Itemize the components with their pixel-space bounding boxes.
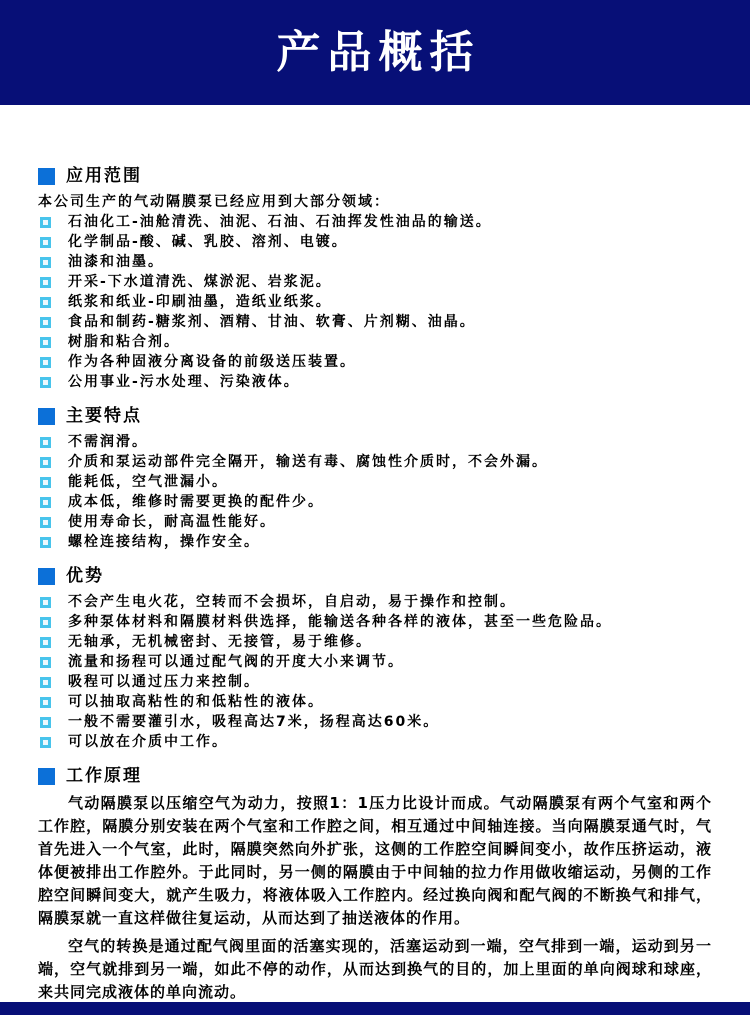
item-bullet-icon [40,377,51,388]
item-bullet-icon [40,317,51,328]
bullet-list: 不会产生电火花，空转而不会损坏，自启动，易于操作和控制。多种泵体材料和隔膜材料供… [38,592,712,752]
section-title: 工作原理 [66,768,142,785]
item-bullet-icon [40,297,51,308]
list-item-text: 油漆和油墨。 [68,254,164,270]
list-item-text: 化学制品-酸、碱、乳胶、溶剂、电镀。 [68,234,348,250]
list-item: 可以放在介质中工作。 [38,732,712,752]
section-heading: 工作原理 [38,765,712,787]
item-bullet-icon [40,697,51,708]
list-item-text: 使用寿命长，耐高温性能好。 [68,514,276,530]
list-item-text: 吸程可以通过压力来控制。 [68,674,260,690]
item-bullet-icon [40,477,51,488]
list-item-text: 螺栓连接结构，操作安全。 [68,534,260,550]
list-item: 公用事业-污水处理、污染液体。 [38,372,712,392]
section-intro: 本公司生产的气动隔膜泵已经应用到大部分领域： [38,192,712,212]
section-heading: 优势 [38,565,712,587]
item-bullet-icon [40,517,51,528]
list-item-text: 可以放在介质中工作。 [68,734,228,750]
section-bullet-icon [38,408,55,425]
section-advantages: 优势不会产生电火花，空转而不会损坏，自启动，易于操作和控制。多种泵体材料和隔膜材… [38,565,712,752]
section-application-scope: 应用范围本公司生产的气动隔膜泵已经应用到大部分领域：石油化工-油舱清洗、油泥、石… [38,165,712,392]
list-item: 化学制品-酸、碱、乳胶、溶剂、电镀。 [38,232,712,252]
section-heading: 应用范围 [38,165,712,187]
list-item-text: 多种泵体材料和隔膜材料供选择，能输送各种各样的液体，甚至一些危险品。 [68,614,612,630]
list-item-text: 作为各种固液分离设备的前级送压装置。 [68,354,356,370]
list-item: 多种泵体材料和隔膜材料供选择，能输送各种各样的液体，甚至一些危险品。 [38,612,712,632]
item-bullet-icon [40,717,51,728]
list-item: 能耗低，空气泄漏小。 [38,472,712,492]
list-item: 一般不需要灌引水，吸程高达7米，扬程高达60米。 [38,712,712,732]
item-bullet-icon [40,737,51,748]
list-item: 流量和扬程可以通过配气阀的开度大小来调节。 [38,652,712,672]
page-header-banner: 产品概括 [0,0,750,105]
item-bullet-icon [40,257,51,268]
section-heading: 主要特点 [38,405,712,427]
item-bullet-icon [40,437,51,448]
list-item-text: 食品和制药-糖浆剂、酒精、甘油、软膏、片剂糊、油晶。 [68,314,476,330]
section-bullet-icon [38,568,55,585]
item-bullet-icon [40,497,51,508]
bullet-list: 不需润滑。介质和泵运动部件完全隔开，输送有毒、腐蚀性介质时，不会外漏。能耗低，空… [38,432,712,552]
list-item: 不需润滑。 [38,432,712,452]
list-item-text: 石油化工-油舱清洗、油泥、石油、石油挥发性油品的输送。 [68,214,492,230]
list-item-text: 流量和扬程可以通过配气阀的开度大小来调节。 [68,654,404,670]
section-title: 应用范围 [66,168,142,185]
list-item: 石油化工-油舱清洗、油泥、石油、石油挥发性油品的输送。 [38,212,712,232]
list-item: 油漆和油墨。 [38,252,712,272]
item-bullet-icon [40,237,51,248]
section-title: 优势 [66,568,104,585]
item-bullet-icon [40,277,51,288]
product-overview-page: 产品概括 应用范围本公司生产的气动隔膜泵已经应用到大部分领域：石油化工-油舱清洗… [0,0,750,1015]
principle-paragraph: 空气的转换是通过配气阀里面的活塞实现的，活塞运动到一端，空气排到一端，运动到另一… [38,935,712,1004]
list-item-text: 可以抽取高粘性的和低粘性的液体。 [68,694,324,710]
item-bullet-icon [40,357,51,368]
list-item: 介质和泵运动部件完全隔开，输送有毒、腐蚀性介质时，不会外漏。 [38,452,712,472]
list-item: 食品和制药-糖浆剂、酒精、甘油、软膏、片剂糊、油晶。 [38,312,712,332]
list-item-text: 不需润滑。 [68,434,148,450]
list-item-text: 公用事业-污水处理、污染液体。 [68,374,300,390]
list-item-text: 纸浆和纸业-印刷油墨，造纸业纸浆。 [68,294,332,310]
list-item: 无轴承，无机械密封、无接管，易于维修。 [38,632,712,652]
section-working-principle: 工作原理气动隔膜泵以压缩空气为动力，按照1：1压力比设计而成。气动隔膜泵有两个气… [38,765,712,1004]
item-bullet-icon [40,677,51,688]
list-item-text: 成本低，维修时需要更换的配件少。 [68,494,324,510]
item-bullet-icon [40,337,51,348]
list-item: 成本低，维修时需要更换的配件少。 [38,492,712,512]
list-item: 吸程可以通过压力来控制。 [38,672,712,692]
section-bullet-icon [38,768,55,785]
principle-paragraph: 气动隔膜泵以压缩空气为动力，按照1：1压力比设计而成。气动隔膜泵有两个气室和两个… [38,792,712,930]
list-item-text: 树脂和粘合剂。 [68,334,180,350]
section-main-features: 主要特点不需润滑。介质和泵运动部件完全隔开，输送有毒、腐蚀性介质时，不会外漏。能… [38,405,712,552]
list-item: 使用寿命长，耐高温性能好。 [38,512,712,532]
item-bullet-icon [40,637,51,648]
footer-bar [0,1002,750,1015]
list-item: 可以抽取高粘性的和低粘性的液体。 [38,692,712,712]
list-item: 开采-下水道清洗、煤淤泥、岩浆泥。 [38,272,712,292]
list-item-text: 无轴承，无机械密封、无接管，易于维修。 [68,634,372,650]
item-bullet-icon [40,597,51,608]
list-item-text: 不会产生电火花，空转而不会损坏，自启动，易于操作和控制。 [68,594,516,610]
list-item-text: 能耗低，空气泄漏小。 [68,474,228,490]
list-item: 树脂和粘合剂。 [38,332,712,352]
item-bullet-icon [40,217,51,228]
section-bullet-icon [38,168,55,185]
item-bullet-icon [40,457,51,468]
list-item-text: 一般不需要灌引水，吸程高达7米，扬程高达60米。 [68,714,439,730]
list-item: 作为各种固液分离设备的前级送压装置。 [38,352,712,372]
list-item-text: 介质和泵运动部件完全隔开，输送有毒、腐蚀性介质时，不会外漏。 [68,454,548,470]
list-item-text: 开采-下水道清洗、煤淤泥、岩浆泥。 [68,274,332,290]
item-bullet-icon [40,617,51,628]
list-item: 不会产生电火花，空转而不会损坏，自启动，易于操作和控制。 [38,592,712,612]
item-bullet-icon [40,657,51,668]
bullet-list: 石油化工-油舱清洗、油泥、石油、石油挥发性油品的输送。化学制品-酸、碱、乳胶、溶… [38,212,712,392]
content-area: 应用范围本公司生产的气动隔膜泵已经应用到大部分领域：石油化工-油舱清洗、油泥、石… [0,105,750,1004]
list-item: 螺栓连接结构，操作安全。 [38,532,712,552]
page-title: 产品概括 [270,31,481,75]
item-bullet-icon [40,537,51,548]
section-title: 主要特点 [66,408,142,425]
list-item: 纸浆和纸业-印刷油墨，造纸业纸浆。 [38,292,712,312]
